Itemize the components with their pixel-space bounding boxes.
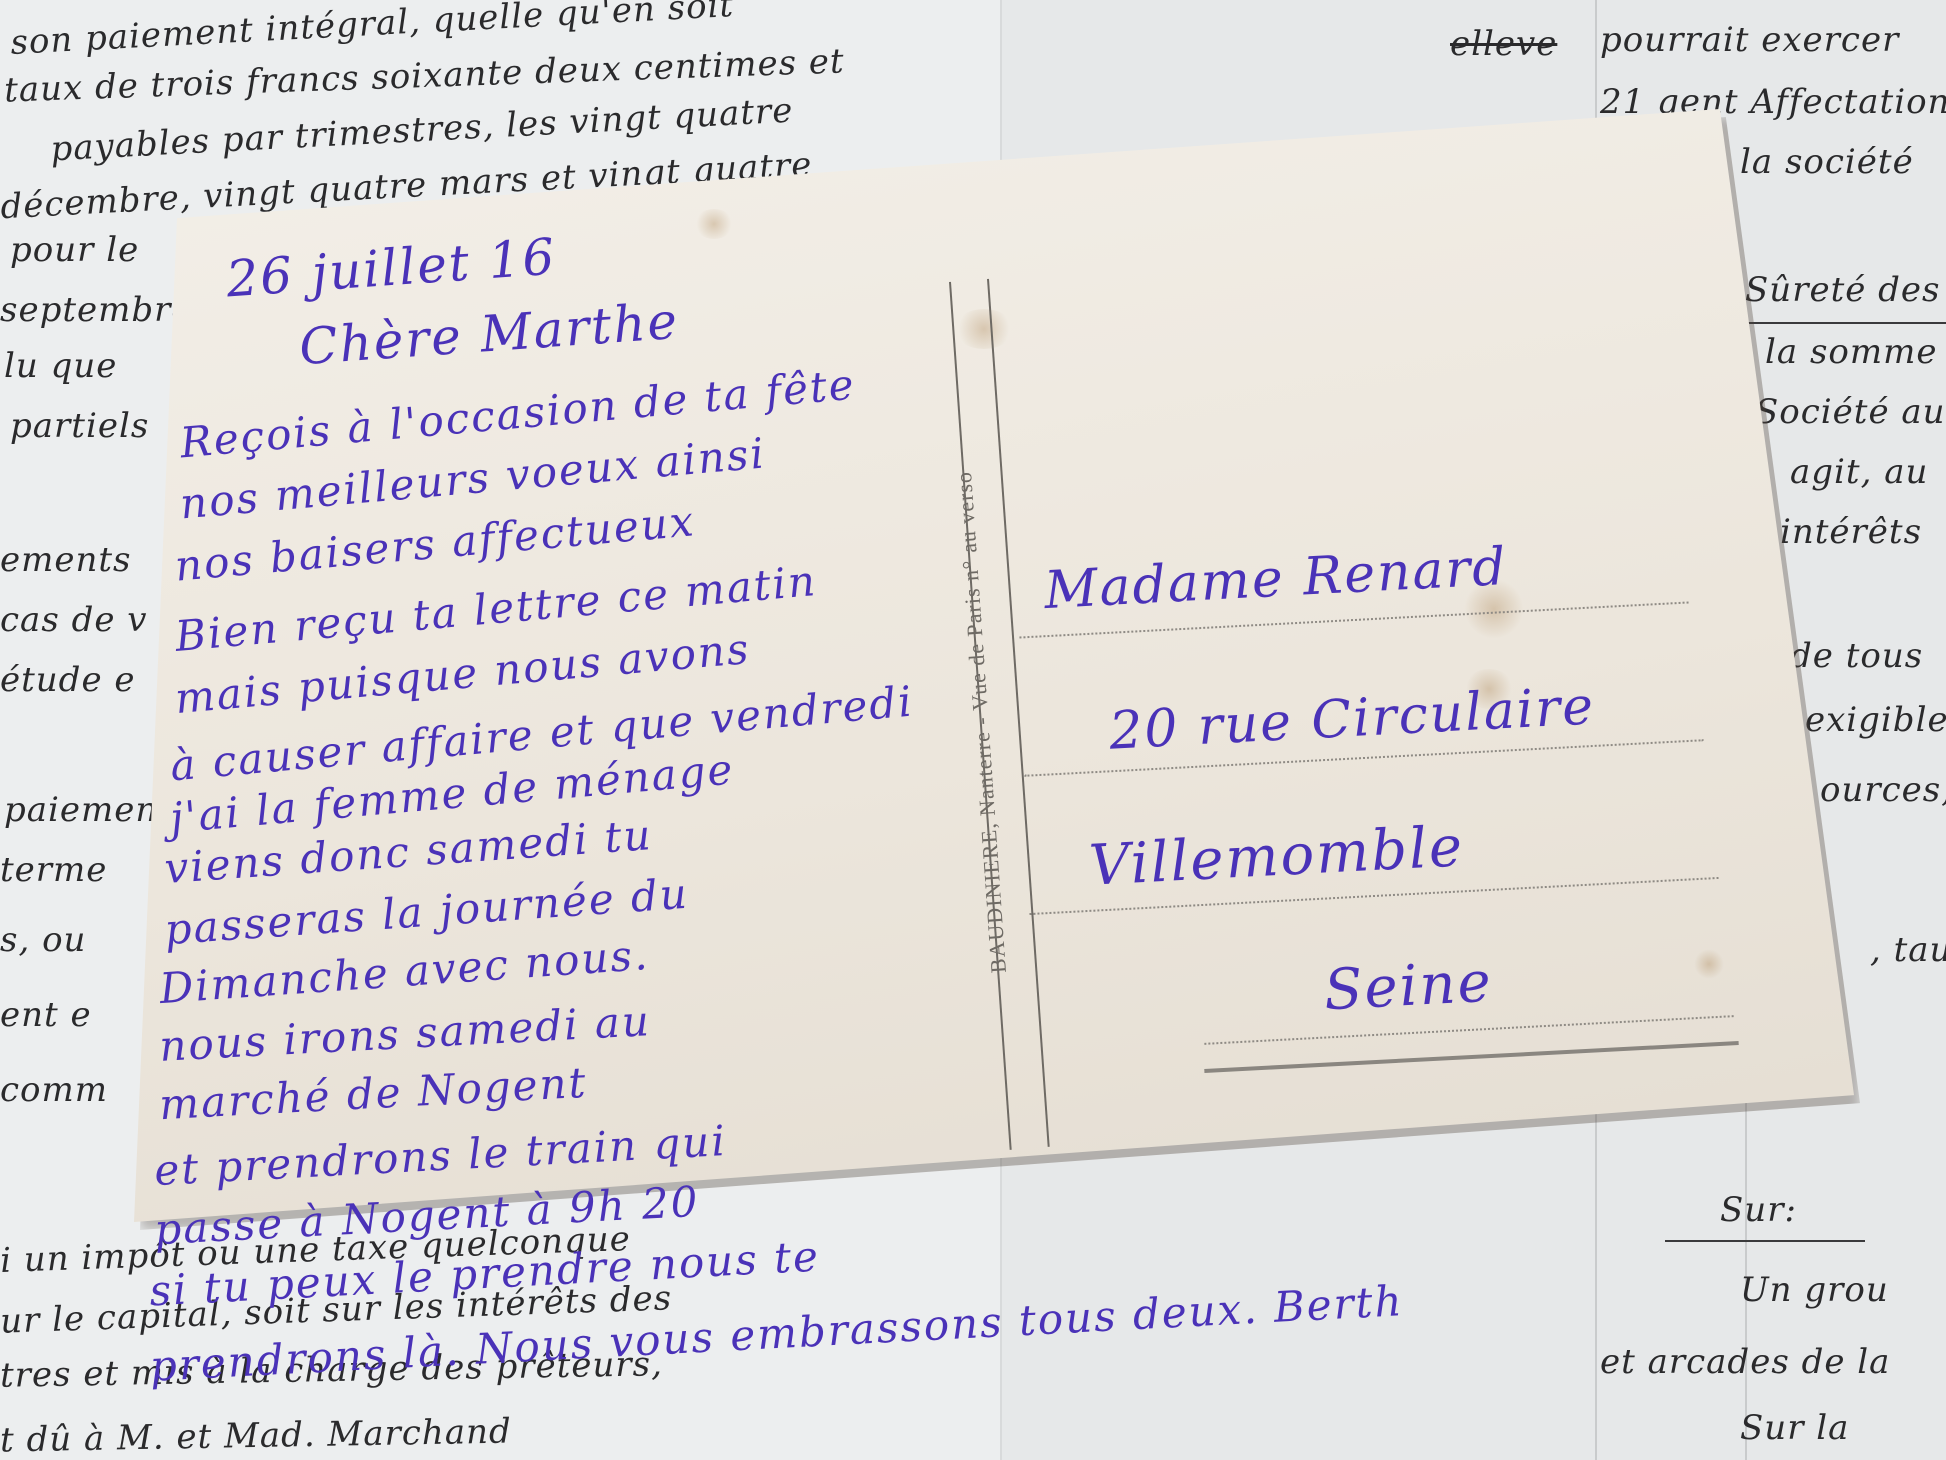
bg-line: s, ou	[0, 920, 86, 960]
bg-line: t dû à M. et Mad. Marchand	[0, 1412, 512, 1460]
address-underline	[1204, 1041, 1738, 1073]
recipient-name: Madame Renard	[1043, 537, 1509, 621]
bg-line: pourrait exercer	[1600, 20, 1899, 60]
bg-line: Un grou	[1740, 1270, 1889, 1310]
center-divider-right	[987, 279, 1050, 1147]
address-line-4	[1204, 1015, 1733, 1045]
bg-line: comm	[0, 1070, 108, 1110]
bg-line: , tau	[1870, 930, 1946, 970]
bg-line: lu que	[4, 346, 117, 386]
message-line: marché de Nogent	[158, 1058, 589, 1129]
bg-struck-word: elleve	[1450, 24, 1557, 64]
bg-rule	[1665, 1240, 1865, 1242]
bg-line: ements	[0, 540, 132, 580]
bg-line: terme	[0, 850, 107, 890]
bg-line: Sur la	[1740, 1408, 1849, 1448]
message-date: 26 juillet 16	[224, 228, 558, 309]
bg-line: ent e	[0, 995, 92, 1035]
bg-line: pour le	[10, 230, 139, 270]
bg-line: partiels	[10, 406, 149, 446]
publisher-imprint: BAUDINIERE, Nanterre - Vue de Paris n° a…	[951, 470, 1012, 974]
bg-line: cas de v	[0, 600, 147, 640]
postcard-content: BAUDINIERE, Nanterre - Vue de Paris n° a…	[134, 109, 1854, 1222]
recipient-city: Villemomble	[1088, 814, 1466, 899]
recipient-region: Seine	[1322, 950, 1494, 1024]
bg-line: étude e	[0, 660, 136, 700]
bg-line: et arcades de la	[1600, 1342, 1890, 1382]
message-salutation: Chère Marthe	[297, 292, 680, 376]
